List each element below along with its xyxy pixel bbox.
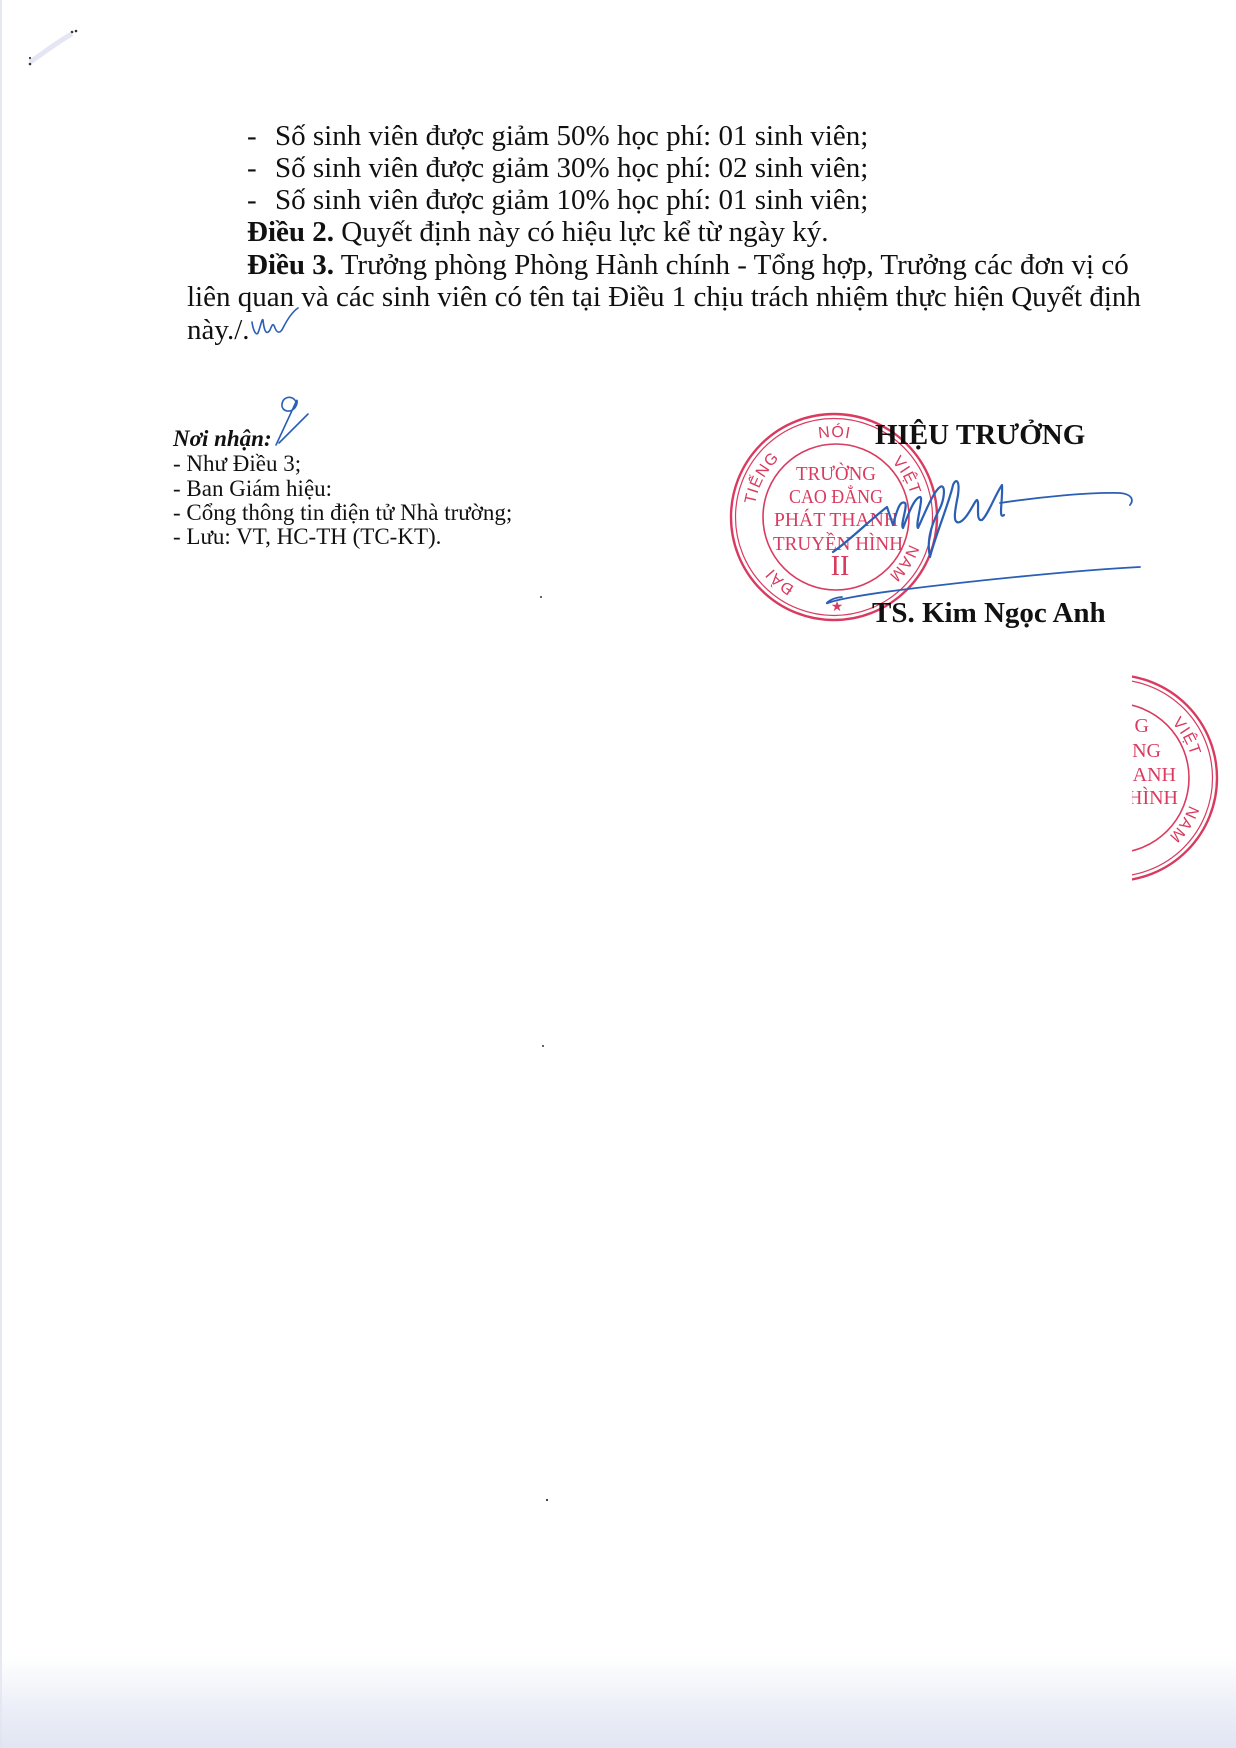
seal-line: TRUYỀN HÌNH bbox=[773, 531, 903, 555]
partial-seal-fragment: HÌNH bbox=[1128, 786, 1178, 809]
partial-seal-fragment: G bbox=[1135, 715, 1149, 737]
seal-ring-word: NAM bbox=[885, 542, 921, 584]
partial-seal-ring-word: NAM bbox=[1165, 803, 1201, 845]
partial-seal-fragment: NG bbox=[1132, 740, 1161, 762]
bullet-marker: - bbox=[247, 184, 275, 216]
bullet-item: -Số sinh viên được giảm 10% học phí: 01 … bbox=[247, 184, 868, 216]
recipient-item: - Lưu: VT, HC-TH (TC-KT). bbox=[173, 525, 441, 549]
partial-seal: VIỆT NAM G NG ANH HÌNH bbox=[1011, 675, 1217, 881]
signer-title: HIỆU TRƯỞNG bbox=[875, 419, 1085, 451]
article-3-text: Trưởng phòng Phòng Hành chính - Tổng hợp… bbox=[341, 249, 1129, 281]
recipients-title: Nơi nhận: bbox=[173, 427, 272, 451]
article-3-line-2: liên quan và các sinh viên có tên tại Đi… bbox=[187, 281, 1141, 313]
bullet-marker: - bbox=[247, 120, 275, 152]
article-3-label: Điều 3. bbox=[247, 249, 334, 281]
signer-name: TS. Kim Ngọc Anh bbox=[872, 597, 1106, 629]
scan-shadow bbox=[0, 1656, 1236, 1748]
seal-ring-word: TIẾNG bbox=[742, 449, 783, 506]
article-3-line-1: Điều 3. Trưởng phòng Phòng Hành chính - … bbox=[247, 249, 1129, 281]
seal-ring-word: VIỆT bbox=[889, 453, 924, 497]
partial-seal-inner-ring bbox=[1039, 703, 1189, 853]
seal-line: CAO ĐẲNG bbox=[789, 484, 883, 508]
recipient-item: - Ban Giám hiệu: bbox=[173, 477, 332, 501]
article-3-line-3: này./. bbox=[187, 314, 250, 346]
seal-ring-word: ĐÀI bbox=[762, 565, 797, 598]
seal-line: TRƯỜNG bbox=[796, 461, 876, 485]
handwritten-signature bbox=[827, 481, 1140, 603]
seal-number: II bbox=[831, 551, 850, 582]
bullet-text: Số sinh viên được giảm 30% học phí: 02 s… bbox=[275, 152, 868, 184]
article-2-label: Điều 2. bbox=[247, 216, 334, 248]
partial-seal-fragment: ANH bbox=[1133, 764, 1176, 786]
scan-smear bbox=[30, 34, 72, 62]
article-2: Điều 2. Quyết định này có hiệu lực kể từ… bbox=[247, 216, 829, 248]
bullet-text: Số sinh viên được giảm 50% học phí: 01 s… bbox=[275, 120, 868, 152]
scan-edge bbox=[0, 0, 2, 1748]
seal-inner-ring bbox=[763, 444, 909, 590]
bullet-text: Số sinh viên được giảm 10% học phí: 01 s… bbox=[275, 184, 868, 216]
recipient-item: - Như Điều 3; bbox=[173, 452, 301, 476]
recipient-item: - Cổng thông tin điện tử Nhà trường; bbox=[173, 501, 512, 525]
seal-ring-word: NÓI bbox=[817, 422, 852, 443]
bullet-item: -Số sinh viên được giảm 50% học phí: 01 … bbox=[247, 120, 868, 152]
seal-line: PHÁT THANH bbox=[774, 508, 898, 531]
bullet-item: -Số sinh viên được giảm 30% học phí: 02 … bbox=[247, 152, 868, 184]
bullet-marker: - bbox=[247, 152, 275, 184]
document-page: -Số sinh viên được giảm 50% học phí: 01 … bbox=[0, 0, 1236, 1748]
article-2-text: Quyết định này có hiệu lực kể từ ngày ký… bbox=[341, 216, 828, 248]
partial-seal-ring-word: VIỆT bbox=[1169, 714, 1204, 758]
partial-seal-outer-ring bbox=[1011, 675, 1217, 881]
star-icon: ★ bbox=[831, 600, 844, 615]
partial-seal-outer-ring-inner bbox=[1016, 680, 1213, 877]
initials-mark bbox=[276, 397, 308, 445]
